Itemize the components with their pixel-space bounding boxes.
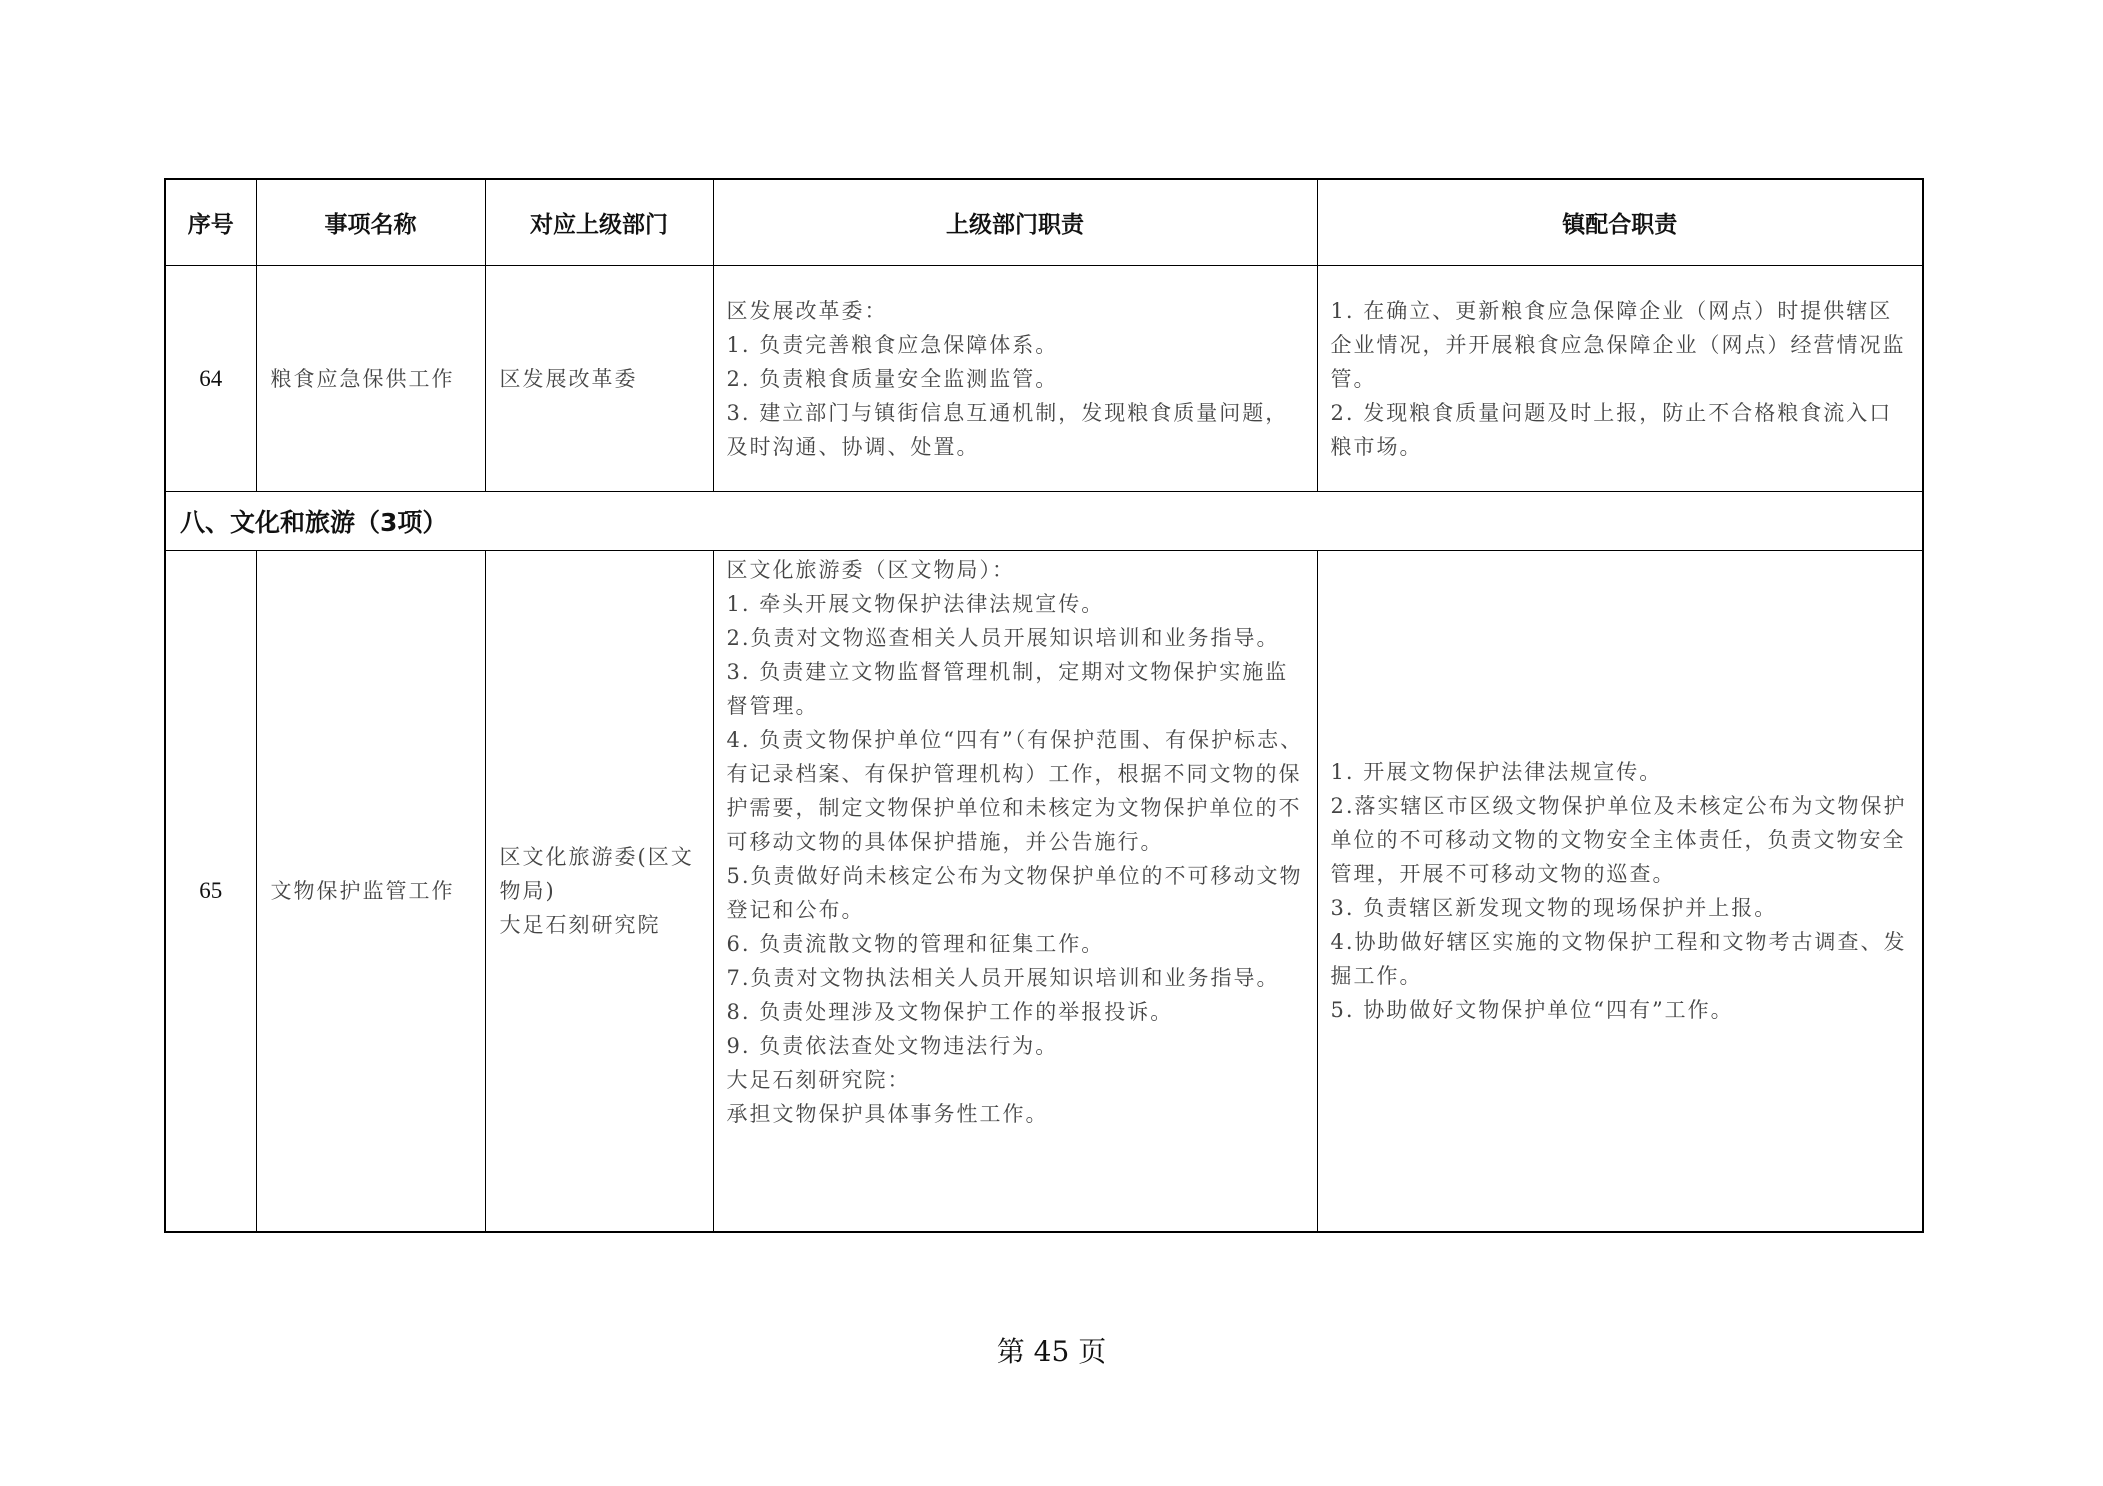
- town-duties: 1. 开展文物保护法律法规宣传。 2.落实辖区市区级文物保护单位及未核定公布为文…: [1317, 551, 1923, 1233]
- duty-line: 2.负责对文物巡查相关人员开展知识培训和业务指导。: [727, 621, 1305, 655]
- duty-line: 1. 牵头开展文物保护法律法规宣传。: [727, 587, 1305, 621]
- duty-line: 9. 负责依法查处文物违法行为。: [727, 1029, 1305, 1063]
- table-row: 65 文物保护监管工作 区文化旅游委(区文物局) 大足石刻研究院 区文化旅游委（…: [165, 551, 1923, 1233]
- row-number: 64: [165, 266, 256, 492]
- duty-line: 5.负责做好尚未核定公布为文物保护单位的不可移动文物登记和公布。: [727, 859, 1305, 927]
- duty-line: 区文化旅游委（区文物局）：: [727, 553, 1305, 587]
- header-number: 序号: [165, 179, 256, 266]
- header-upper-duties: 上级部门职责: [713, 179, 1317, 266]
- duty-line: 3. 负责建立文物监督管理机制，定期对文物保护实施监督管理。: [727, 655, 1305, 723]
- duty-line: 1. 在确立、更新粮食应急保障企业（网点）时提供辖区企业情况，并开展粮食应急保障…: [1331, 294, 1911, 396]
- duty-line: 大足石刻研究院：: [727, 1063, 1305, 1097]
- duty-line: 区发展改革委：: [727, 294, 1305, 328]
- item-name: 文物保护监管工作: [256, 551, 485, 1233]
- upper-duties: 区文化旅游委（区文物局）： 1. 牵头开展文物保护法律法规宣传。 2.负责对文物…: [713, 551, 1317, 1233]
- header-upper-department: 对应上级部门: [485, 179, 713, 266]
- duty-line: 5. 协助做好文物保护单位“四有”工作。: [1331, 993, 1911, 1027]
- upper-duties: 区发展改革委： 1. 负责完善粮食应急保障体系。 2. 负责粮食质量安全监测监管…: [713, 266, 1317, 492]
- duty-line: 2. 发现粮食质量问题及时上报，防止不合格粮食流入口粮市场。: [1331, 396, 1911, 464]
- duty-line: 2.落实辖区市区级文物保护单位及未核定公布为文物保护单位的不可移动文物的文物安全…: [1331, 789, 1911, 891]
- section-title: 八、文化和旅游（3项）: [165, 492, 1923, 551]
- duty-line: 2. 负责粮食质量安全监测监管。: [727, 362, 1305, 396]
- row-number: 65: [165, 551, 256, 1233]
- duty-line: 1. 负责完善粮食应急保障体系。: [727, 328, 1305, 362]
- duty-line: 1. 开展文物保护法律法规宣传。: [1331, 755, 1911, 789]
- header-item-name: 事项名称: [256, 179, 485, 266]
- upper-department-line: 区发展改革委: [500, 362, 703, 396]
- table-row: 64 粮食应急保供工作 区发展改革委 区发展改革委： 1. 负责完善粮食应急保障…: [165, 266, 1923, 492]
- duty-line: 承担文物保护具体事务性工作。: [727, 1097, 1305, 1131]
- duty-line: 7.负责对文物执法相关人员开展知识培训和业务指导。: [727, 961, 1305, 995]
- duty-line: 6. 负责流散文物的管理和征集工作。: [727, 927, 1305, 961]
- upper-department: 区文化旅游委(区文物局) 大足石刻研究院: [485, 551, 713, 1233]
- duty-line: 4.协助做好辖区实施的文物保护工程和文物考古调查、发掘工作。: [1331, 925, 1911, 993]
- page-number: 第 45 页: [0, 1330, 2103, 1370]
- header-town-duties: 镇配合职责: [1317, 179, 1923, 266]
- item-name: 粮食应急保供工作: [256, 266, 485, 492]
- upper-department-line: 区文化旅游委(区文物局): [500, 840, 703, 908]
- table-header-row: 序号 事项名称 对应上级部门 上级部门职责 镇配合职责: [165, 179, 1923, 266]
- town-duties: 1. 在确立、更新粮食应急保障企业（网点）时提供辖区企业情况，并开展粮食应急保障…: [1317, 266, 1923, 492]
- section-row: 八、文化和旅游（3项）: [165, 492, 1923, 551]
- upper-department: 区发展改革委: [485, 266, 713, 492]
- duty-line: 4. 负责文物保护单位“四有”（有保护范围、有保护标志、有记录档案、有保护管理机…: [727, 723, 1305, 859]
- responsibility-table: 序号 事项名称 对应上级部门 上级部门职责 镇配合职责 64 粮食应急保供工作 …: [164, 178, 1924, 1233]
- duty-line: 8. 负责处理涉及文物保护工作的举报投诉。: [727, 995, 1305, 1029]
- duty-line: 3. 负责辖区新发现文物的现场保护并上报。: [1331, 891, 1911, 925]
- upper-department-line: 大足石刻研究院: [500, 908, 703, 942]
- duty-line: 3. 建立部门与镇街信息互通机制，发现粮食质量问题，及时沟通、协调、处置。: [727, 396, 1305, 464]
